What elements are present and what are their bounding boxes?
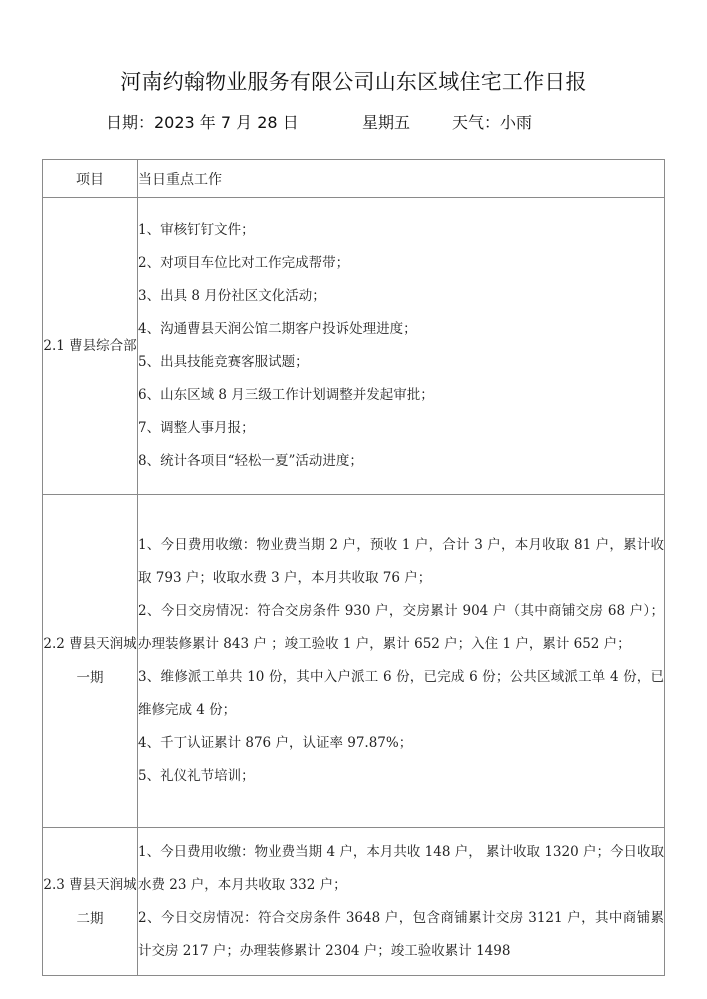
table-row: 2.2 曹县天润城一期 1、今日费用收缴：物业费当期 2 户，预收 1 户，合计…	[43, 495, 665, 828]
work-item: 6、山东区域 8 月三级工作计划调整并发起审批；	[138, 379, 664, 412]
work-item: 4、沟通曹县天润公馆二期客户投诉处理进度；	[138, 313, 664, 346]
table-header-row: 项目 当日重点工作	[43, 160, 665, 198]
work-cell: 1、审核钉钉文件； 2、对项目车位比对工作完成帮带； 3、出具 8 月份社区文化…	[138, 198, 665, 495]
report-title: 河南约翰物业服务有限公司山东区域住宅工作日报	[0, 66, 707, 96]
work-item: 5、出具技能竞赛客服试题；	[138, 346, 664, 379]
project-cell: 2.2 曹县天润城一期	[43, 495, 138, 828]
work-item: 1、今日费用收缴：物业费当期 4 户，本月共收 148 户， 累计收取 1320…	[138, 836, 664, 902]
report-weekday: 星期五	[362, 110, 410, 133]
work-item: 2、今日交房情况：符合交房条件 3648 户，包含商铺累计交房 3121 户，其…	[138, 902, 664, 968]
work-item: 1、审核钉钉文件；	[138, 214, 664, 247]
report-weather: 天气：小雨	[452, 110, 532, 133]
work-item: 7、调整人事月报；	[138, 412, 664, 445]
work-item: 1、今日费用收缴：物业费当期 2 户，预收 1 户，合计 3 户，本月收取 81…	[138, 529, 664, 595]
daily-work-table: 项目 当日重点工作 2.1 曹县综合部 1、审核钉钉文件； 2、对项目车位比对工…	[42, 159, 665, 976]
work-item: 2、对项目车位比对工作完成帮带；	[138, 247, 664, 280]
project-cell: 2.3 曹县天润城二期	[43, 828, 138, 976]
table-row: 2.1 曹县综合部 1、审核钉钉文件； 2、对项目车位比对工作完成帮带； 3、出…	[43, 198, 665, 495]
work-item: 2、今日交房情况：符合交房条件 930 户，交房累计 904 户（其中商铺交房 …	[138, 595, 664, 661]
project-cell: 2.1 曹县综合部	[43, 198, 138, 495]
header-project: 项目	[43, 160, 138, 198]
work-item: 4、千丁认证累计 876 户，认证率 97.87%；	[138, 727, 664, 760]
work-item: 5、礼仪礼节培训；	[138, 760, 664, 793]
table-row: 2.3 曹县天润城二期 1、今日费用收缴：物业费当期 4 户，本月共收 148 …	[43, 828, 665, 976]
work-item: 3、维修派工单共 10 份，其中入户派工 6 份，已完成 6 份；公共区域派工单…	[138, 661, 664, 727]
work-item: 3、出具 8 月份社区文化活动；	[138, 280, 664, 313]
work-cell: 1、今日费用收缴：物业费当期 4 户，本月共收 148 户， 累计收取 1320…	[138, 828, 665, 976]
work-item: 8、统计各项目“轻松一夏”活动进度；	[138, 445, 664, 478]
work-cell: 1、今日费用收缴：物业费当期 2 户，预收 1 户，合计 3 户，本月收取 81…	[138, 495, 665, 828]
header-key-work: 当日重点工作	[138, 160, 665, 198]
report-date: 日期：2023 年 7 月 28 日	[106, 110, 299, 133]
